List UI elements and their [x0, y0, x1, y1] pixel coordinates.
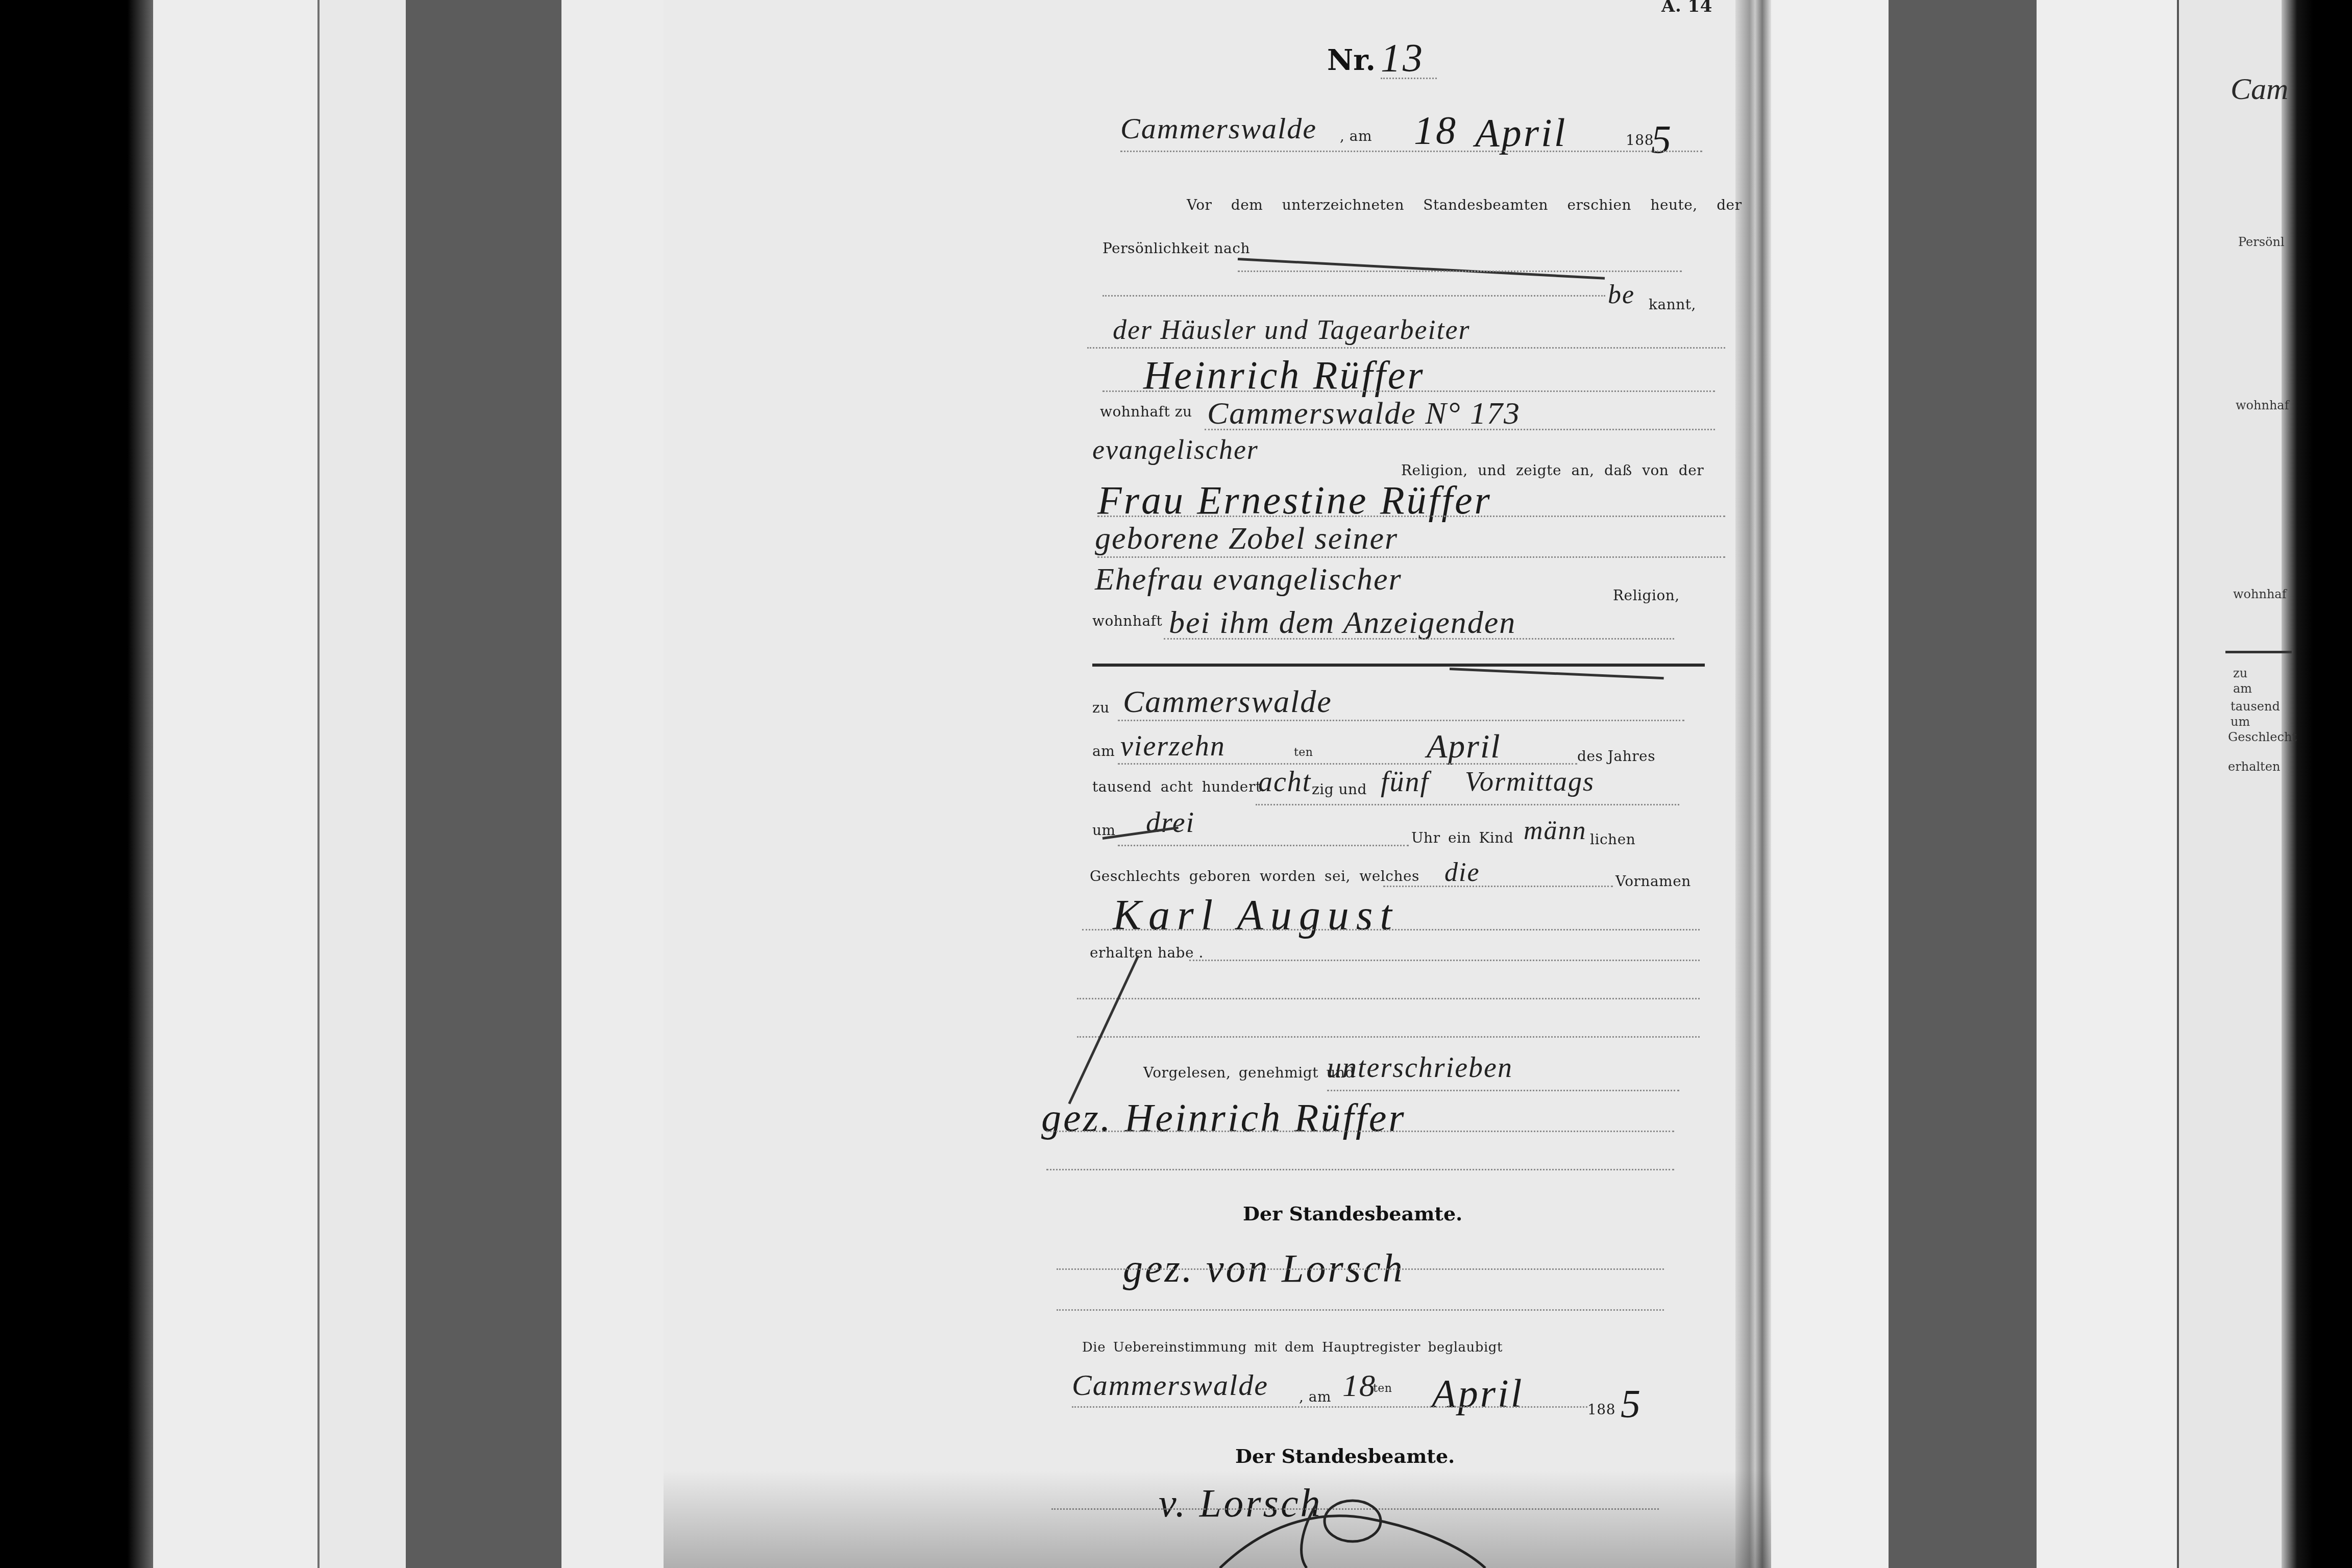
mother-religion-label: Religion, [1613, 587, 1680, 604]
cert-place: Cammerswalde [1072, 1368, 1268, 1402]
register-year-prefix: 188 [1626, 132, 1654, 149]
given-names-label: Vornamen [1615, 873, 1691, 890]
received-text: erhalten habe . [1090, 944, 1204, 961]
birth-year-label: des Jahres [1577, 748, 1655, 765]
birth-year-unit: fünf [1381, 766, 1429, 798]
signature-line-2 [1046, 1169, 1674, 1170]
cert-month: April [1432, 1370, 1524, 1416]
cert-am: , am [1299, 1388, 1331, 1405]
birth-day: vierzehn [1120, 730, 1226, 763]
registrar-title-2: Der Standesbeamte. [1235, 1444, 1455, 1467]
birth-hour-line [1118, 845, 1409, 846]
signed-word: unterschrieben [1327, 1051, 1513, 1084]
entry-number-label: Nr. [1327, 43, 1376, 77]
adjacent-fragment-0: Cam [2231, 71, 2288, 107]
given-names-line [1082, 929, 1700, 930]
residence-label: wohnhaft zu [1100, 403, 1192, 420]
birth-date-label: am [1092, 743, 1115, 759]
right-page-strip-2 [2037, 0, 2179, 1568]
place-date-am: , am [1340, 128, 1372, 144]
registrar-line-1a [1057, 1268, 1664, 1270]
sex-line-2: Geschlechts geboren worden sei, welches [1090, 868, 1419, 885]
left-page-strip-3 [561, 0, 666, 1568]
birth-decade: acht [1258, 766, 1311, 798]
adjacent-fragment-7: um [2231, 715, 2250, 729]
known-handwritten: be [1608, 280, 1635, 310]
birth-place-line [1118, 720, 1684, 721]
adjacent-fragment-4: zu [2233, 666, 2247, 680]
intro-dotted-line-2 [1102, 295, 1605, 297]
religion-announce-text: Religion, und zeigte an, daß von der [1401, 462, 1704, 479]
signature-line-1 [1046, 1131, 1674, 1132]
birth-date-line [1118, 763, 1577, 765]
mother-maiden-line [1097, 556, 1725, 558]
declarant-signature: gez. Heinrich Rüffer [1041, 1095, 1406, 1141]
declarant-name-line [1102, 390, 1715, 392]
adjacent-separator-rule [2225, 651, 2292, 653]
corner-label: A. 14 [1661, 0, 1712, 16]
birth-place-label: zu [1092, 699, 1110, 716]
blank-line-1 [1189, 960, 1700, 961]
mother-residence-label: wohnhaft [1092, 612, 1162, 629]
mother-residence: bei ihm dem Anzeigenden [1169, 605, 1516, 641]
bottom-vignette [664, 1470, 1771, 1568]
entry-number-line [1381, 78, 1437, 79]
child-sex-suffix: lichen [1590, 831, 1635, 848]
register-day: 18 [1414, 107, 1458, 153]
signed-line [1327, 1090, 1679, 1091]
given-names-article: die [1444, 857, 1480, 888]
declarant-occupation: der Häusler und Tagearbeiter [1113, 314, 1471, 346]
right-page-strip-1 [1771, 0, 1894, 1568]
birth-time-of-day: Vormittags [1465, 766, 1595, 797]
known-printed: kannt, [1649, 296, 1696, 313]
intro-dotted-line-1 [1238, 271, 1682, 272]
blank-line-3 [1077, 1036, 1700, 1038]
adjacent-fragment-8: Geschlecht [2228, 730, 2297, 744]
child-given-names: Karl August [1113, 891, 1399, 940]
cert-year-suffix: 5 [1621, 1381, 1643, 1427]
cert-year-prefix: 188 [1587, 1401, 1615, 1418]
place-date-line [1120, 151, 1702, 152]
mother-residence-line [1164, 638, 1674, 640]
adjacent-fragment-9: erhalten [2228, 759, 2280, 774]
register-month: April [1475, 110, 1567, 156]
declarant-residence: Cammerswalde N° 173 [1207, 396, 1521, 432]
mother-maiden-name: geborene Zobel seiner [1095, 521, 1398, 557]
birth-hour-text: Uhr ein Kind [1411, 829, 1513, 846]
register-page-right-edge [1735, 0, 1771, 1568]
left-film-vignette [0, 0, 163, 1568]
registrar-title-1: Der Standesbeamte. [1243, 1202, 1462, 1225]
adjacent-fragment-6: tausend [2231, 699, 2280, 714]
register-year-suffix: 5 [1651, 116, 1673, 162]
read-approved-text: Vorgelesen, genehmigt und [1143, 1064, 1355, 1081]
right-gray-band [1889, 0, 2037, 1568]
birth-day-suffix: ten [1294, 746, 1313, 759]
left-page-strip-1 [153, 0, 322, 1568]
left-page-strip-2 [320, 0, 406, 1568]
adjacent-fragment-5: am [2233, 681, 2252, 696]
adjacent-fragment-1: Persönl [2238, 235, 2285, 249]
register-place: Cammerswalde [1120, 111, 1317, 145]
occupation-line [1087, 347, 1725, 349]
article-line [1383, 886, 1613, 887]
blank-line-2 [1077, 998, 1700, 999]
adjacent-fragment-2: wohnhaf [2236, 398, 2289, 412]
registrar-line-1b [1057, 1309, 1664, 1311]
intro-identity-label: Persönlichkeit nach [1102, 240, 1250, 257]
birth-month: April [1427, 727, 1501, 766]
declarant-religion: evangelischer [1092, 434, 1259, 465]
entry-number: 13 [1381, 35, 1425, 81]
cert-date-line [1072, 1406, 1587, 1408]
section-separator-rule [1092, 664, 1705, 667]
certification-text: Die Uebereinstimmung mit dem Hauptregist… [1082, 1340, 1503, 1355]
mother-name-line [1097, 516, 1725, 517]
birth-hour: drei [1146, 806, 1195, 839]
year-print-1: tausend acht hundert [1092, 778, 1262, 795]
birth-year-line [1256, 804, 1679, 805]
year-print-2: zig und [1312, 781, 1367, 798]
left-gray-band [406, 0, 561, 1568]
mother-wife-religion: Ehefrau evangelischer [1095, 561, 1402, 598]
child-sex: männ [1524, 816, 1587, 846]
birth-place: Cammerswalde [1123, 684, 1332, 720]
adjacent-fragment-3: wohnhaf [2233, 587, 2287, 601]
residence-line [1205, 429, 1715, 430]
cert-day-suffix: ten [1373, 1382, 1392, 1395]
cert-day: 18 [1342, 1368, 1376, 1404]
intro-line-1: Vor dem unterzeichneten Standesbeamten e… [1187, 197, 1742, 213]
right-film-vignette [2282, 0, 2352, 1568]
